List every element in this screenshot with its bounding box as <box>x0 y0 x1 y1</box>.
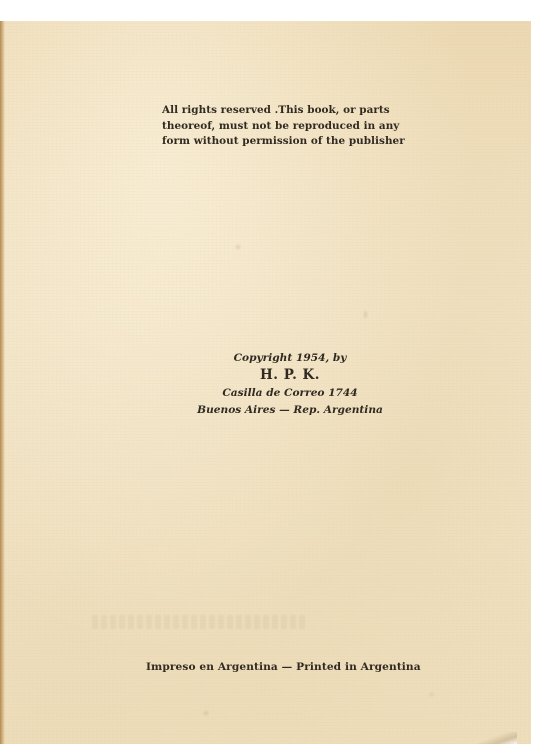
paper-stain <box>236 245 240 249</box>
scanned-page: All rights reserved .This book, or parts… <box>0 21 531 744</box>
rights-line: form without permission of the publisher <box>162 134 402 150</box>
paper-stain <box>430 693 433 696</box>
copyright-line: Copyright 1954, by <box>150 350 430 367</box>
printed-in-notice: Impreso en Argentina — Printed in Argent… <box>146 661 421 673</box>
paper-stain <box>204 711 208 715</box>
publisher-city: Buenos Aires — Rep. Argentina <box>150 402 430 419</box>
publisher-address: Casilla de Correo 1744 <box>150 385 430 402</box>
paper-stain <box>364 311 367 318</box>
page-corner-curl <box>477 732 517 744</box>
rights-line: theoreof, must not be reproduced in any <box>162 119 402 135</box>
publisher-name: H. P. K. <box>150 367 430 384</box>
rights-line: All rights reserved .This book, or parts <box>162 103 402 119</box>
copyright-block: Copyright 1954, by H. P. K. Casilla de C… <box>150 350 430 419</box>
bleed-through-text <box>92 615 307 629</box>
rights-notice: All rights reserved .This book, or parts… <box>162 103 402 150</box>
